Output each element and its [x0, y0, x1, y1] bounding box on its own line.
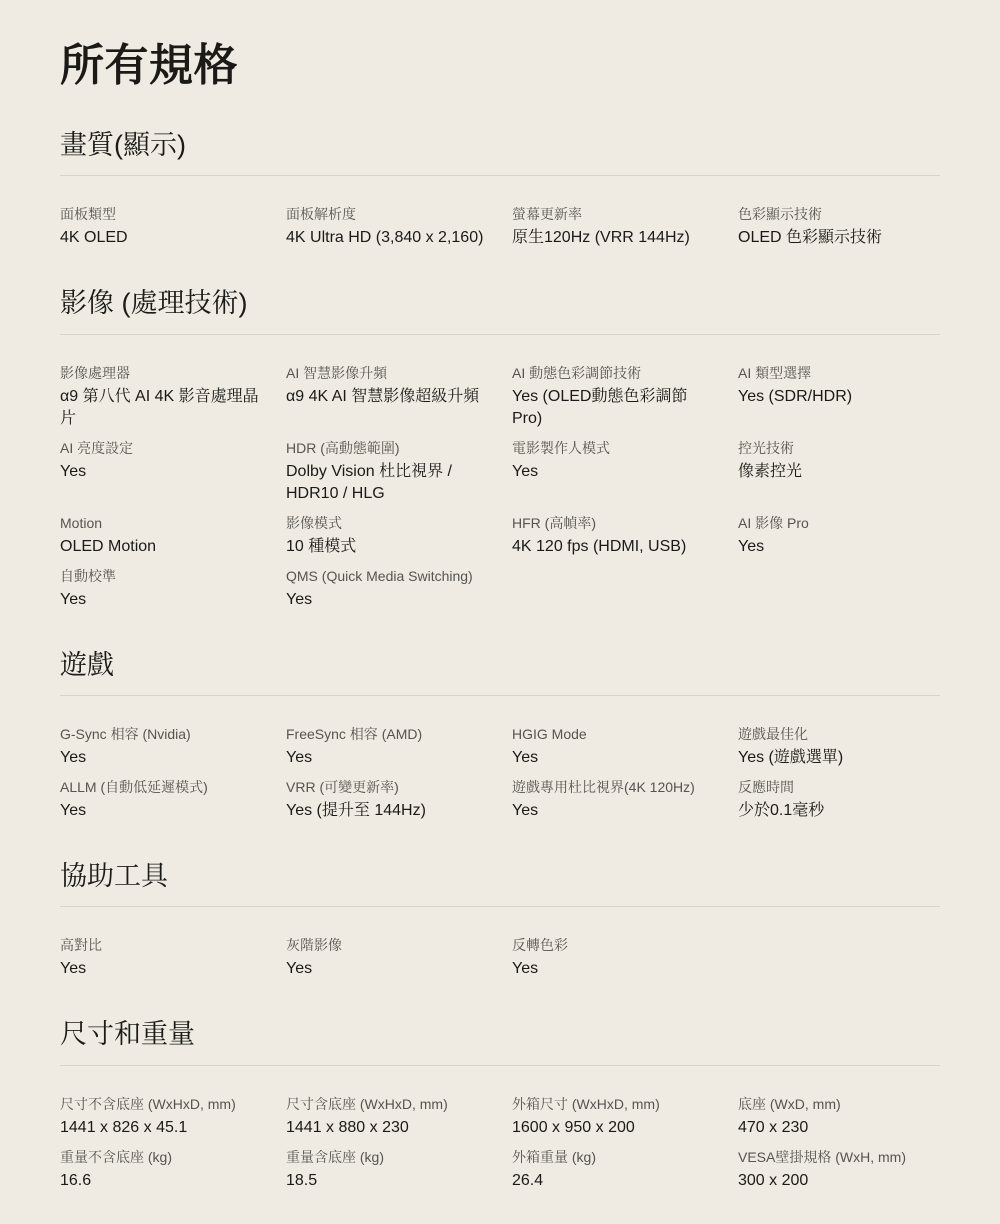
spec-label: 灰階影像: [286, 935, 488, 955]
spec-value: Yes: [286, 958, 488, 980]
spec-label: 尺寸含底座 (WxHxD, mm): [286, 1094, 488, 1114]
spec-value: 10 種模式: [286, 536, 488, 558]
spec-value: Yes (SDR/HDR): [738, 386, 940, 408]
spec-cell: 遊戲專用杜比視界(4K 120Hz) Yes: [512, 777, 714, 822]
spec-label: 底座 (WxD, mm): [738, 1094, 940, 1114]
spec-cell: Motion OLED Motion: [60, 513, 262, 558]
spec-value: Yes: [60, 747, 262, 769]
spec-value: OLED Motion: [60, 536, 262, 558]
spec-cell: 影像處理器 α9 第八代 AI 4K 影音處理晶片: [60, 363, 262, 430]
spec-label: 重量含底座 (kg): [286, 1147, 488, 1167]
section-gaming: 遊戲 G-Sync 相容 (Nvidia) Yes FreeSync 相容 (A…: [60, 649, 940, 830]
spec-label: AI 智慧影像升頻: [286, 363, 488, 383]
section-divider: [60, 906, 940, 907]
spec-value: 像素控光: [738, 461, 940, 483]
spec-value: OLED 色彩顯示技術: [738, 227, 940, 249]
spec-label: VESA壁掛規格 (WxH, mm): [738, 1147, 940, 1167]
specs-page: 所有規格 畫質(顯示) 面板類型 4K OLED 面板解析度 4K Ultra …: [0, 0, 1000, 1224]
spec-cell: 尺寸含底座 (WxHxD, mm) 1441 x 880 x 230: [286, 1094, 488, 1139]
spec-label: HGIG Mode: [512, 724, 714, 744]
spec-label: 影像處理器: [60, 363, 262, 383]
spec-value: 少於0.1毫秒: [738, 800, 940, 822]
spec-label: 螢幕更新率: [512, 204, 714, 224]
section-accessibility: 協助工具 高對比 Yes 灰階影像 Yes 反轉色彩 Yes: [60, 860, 940, 988]
spec-value: Dolby Vision 杜比視界 / HDR10 / HLG: [286, 461, 488, 505]
spec-label: Motion: [60, 513, 262, 533]
spec-label: 面板類型: [60, 204, 262, 224]
spec-value: 26.4: [512, 1170, 714, 1192]
spec-cell: G-Sync 相容 (Nvidia) Yes: [60, 724, 262, 769]
section-video: 影像 (處理技術) 影像處理器 α9 第八代 AI 4K 影音處理晶片 AI 智…: [60, 287, 940, 618]
spec-label: QMS (Quick Media Switching): [286, 566, 488, 586]
spec-cell: AI 動態色彩調節技術 Yes (OLED動態色彩調節Pro): [512, 363, 714, 430]
spec-grid-display: 面板類型 4K OLED 面板解析度 4K Ultra HD (3,840 x …: [60, 204, 940, 257]
spec-label: 外箱重量 (kg): [512, 1147, 714, 1167]
spec-grid-video: 影像處理器 α9 第八代 AI 4K 影音處理晶片 AI 智慧影像升頻 α9 4…: [60, 363, 940, 619]
spec-cell: 遊戲最佳化 Yes (遊戲選單): [738, 724, 940, 769]
spec-label: HDR (高動態範圍): [286, 438, 488, 458]
section-divider: [60, 1065, 940, 1066]
spec-cell: HGIG Mode Yes: [512, 724, 714, 769]
spec-label: 尺寸不含底座 (WxHxD, mm): [60, 1094, 262, 1114]
spec-cell: VESA壁掛規格 (WxH, mm) 300 x 200: [738, 1147, 940, 1192]
spec-label: 色彩顯示技術: [738, 204, 940, 224]
spec-value: Yes (OLED動態色彩調節Pro): [512, 386, 714, 430]
spec-label: 高對比: [60, 935, 262, 955]
spec-cell: VRR (可變更新率) Yes (提升至 144Hz): [286, 777, 488, 822]
spec-value: Yes: [286, 589, 488, 611]
spec-value: Yes: [60, 589, 262, 611]
spec-grid-gaming: G-Sync 相容 (Nvidia) Yes FreeSync 相容 (AMD)…: [60, 724, 940, 830]
spec-label: 遊戲最佳化: [738, 724, 940, 744]
spec-label: AI 動態色彩調節技術: [512, 363, 714, 383]
spec-cell: 灰階影像 Yes: [286, 935, 488, 980]
spec-cell: AI 類型選擇 Yes (SDR/HDR): [738, 363, 940, 408]
spec-cell: 電影製作人模式 Yes: [512, 438, 714, 483]
spec-value: Yes: [512, 800, 714, 822]
spec-cell: 重量不含底座 (kg) 16.6: [60, 1147, 262, 1192]
spec-cell: 影像模式 10 種模式: [286, 513, 488, 558]
spec-cell: 重量含底座 (kg) 18.5: [286, 1147, 488, 1192]
spec-value: α9 第八代 AI 4K 影音處理晶片: [60, 386, 262, 430]
spec-label: 反轉色彩: [512, 935, 714, 955]
spec-cell: 尺寸不含底座 (WxHxD, mm) 1441 x 826 x 45.1: [60, 1094, 262, 1139]
spec-label: 自動校準: [60, 566, 262, 586]
spec-value: 4K OLED: [60, 227, 262, 249]
spec-value: 4K 120 fps (HDMI, USB): [512, 536, 714, 558]
spec-cell: ALLM (自動低延遲模式) Yes: [60, 777, 262, 822]
section-title-display: 畫質(顯示): [60, 129, 940, 161]
spec-cell: AI 影像 Pro Yes: [738, 513, 940, 558]
spec-cell: AI 智慧影像升頻 α9 4K AI 智慧影像超級升頻: [286, 363, 488, 408]
spec-cell: HFR (高幀率) 4K 120 fps (HDMI, USB): [512, 513, 714, 558]
spec-value: α9 4K AI 智慧影像超級升頻: [286, 386, 488, 408]
spec-label: 反應時間: [738, 777, 940, 797]
spec-label: AI 類型選擇: [738, 363, 940, 383]
spec-value: 原生120Hz (VRR 144Hz): [512, 227, 714, 249]
page-title: 所有規格: [60, 40, 940, 93]
spec-value: Yes: [60, 958, 262, 980]
section-title-dimensions: 尺寸和重量: [60, 1018, 940, 1050]
spec-label: ALLM (自動低延遲模式): [60, 777, 262, 797]
spec-cell: 高對比 Yes: [60, 935, 262, 980]
section-display: 畫質(顯示) 面板類型 4K OLED 面板解析度 4K Ultra HD (3…: [60, 129, 940, 257]
spec-label: AI 影像 Pro: [738, 513, 940, 533]
spec-value: 300 x 200: [738, 1170, 940, 1192]
spec-label: VRR (可變更新率): [286, 777, 488, 797]
spec-value: 1441 x 826 x 45.1: [60, 1117, 262, 1139]
spec-grid-dimensions: 尺寸不含底座 (WxHxD, mm) 1441 x 826 x 45.1 尺寸含…: [60, 1094, 940, 1200]
spec-value: Yes: [286, 747, 488, 769]
spec-label: FreeSync 相容 (AMD): [286, 724, 488, 744]
spec-cell: 色彩顯示技術 OLED 色彩顯示技術: [738, 204, 940, 249]
spec-value: Yes: [60, 461, 262, 483]
spec-grid-accessibility: 高對比 Yes 灰階影像 Yes 反轉色彩 Yes: [60, 935, 940, 988]
section-divider: [60, 175, 940, 176]
spec-cell: 外箱尺寸 (WxHxD, mm) 1600 x 950 x 200: [512, 1094, 714, 1139]
spec-value: 16.6: [60, 1170, 262, 1192]
spec-value: Yes (提升至 144Hz): [286, 800, 488, 822]
spec-cell: FreeSync 相容 (AMD) Yes: [286, 724, 488, 769]
spec-cell: 控光技術 像素控光: [738, 438, 940, 483]
section-title-gaming: 遊戲: [60, 649, 940, 681]
spec-label: 遊戲專用杜比視界(4K 120Hz): [512, 777, 714, 797]
section-divider: [60, 695, 940, 696]
spec-cell: 反轉色彩 Yes: [512, 935, 714, 980]
spec-cell: 面板解析度 4K Ultra HD (3,840 x 2,160): [286, 204, 488, 249]
spec-value: Yes: [512, 747, 714, 769]
spec-label: 控光技術: [738, 438, 940, 458]
section-title-video: 影像 (處理技術): [60, 287, 940, 319]
spec-label: G-Sync 相容 (Nvidia): [60, 724, 262, 744]
section-title-accessibility: 協助工具: [60, 860, 940, 892]
spec-cell: 反應時間 少於0.1毫秒: [738, 777, 940, 822]
spec-cell: 外箱重量 (kg) 26.4: [512, 1147, 714, 1192]
spec-value: 4K Ultra HD (3,840 x 2,160): [286, 227, 488, 249]
spec-label: 影像模式: [286, 513, 488, 533]
spec-label: HFR (高幀率): [512, 513, 714, 533]
spec-label: 電影製作人模式: [512, 438, 714, 458]
spec-label: 面板解析度: [286, 204, 488, 224]
spec-value: Yes: [512, 461, 714, 483]
spec-value: Yes: [512, 958, 714, 980]
spec-cell: 螢幕更新率 原生120Hz (VRR 144Hz): [512, 204, 714, 249]
section-dimensions: 尺寸和重量 尺寸不含底座 (WxHxD, mm) 1441 x 826 x 45…: [60, 1018, 940, 1199]
spec-value: Yes: [60, 800, 262, 822]
section-divider: [60, 334, 940, 335]
spec-value: Yes (遊戲選單): [738, 747, 940, 769]
spec-value: Yes: [738, 536, 940, 558]
spec-value: 470 x 230: [738, 1117, 940, 1139]
spec-label: AI 亮度設定: [60, 438, 262, 458]
spec-cell: 底座 (WxD, mm) 470 x 230: [738, 1094, 940, 1139]
spec-cell: HDR (高動態範圍) Dolby Vision 杜比視界 / HDR10 / …: [286, 438, 488, 505]
spec-value: 18.5: [286, 1170, 488, 1192]
spec-value: 1600 x 950 x 200: [512, 1117, 714, 1139]
spec-label: 重量不含底座 (kg): [60, 1147, 262, 1167]
spec-cell: 面板類型 4K OLED: [60, 204, 262, 249]
spec-cell: AI 亮度設定 Yes: [60, 438, 262, 483]
spec-value: 1441 x 880 x 230: [286, 1117, 488, 1139]
spec-cell: 自動校準 Yes: [60, 566, 262, 611]
spec-label: 外箱尺寸 (WxHxD, mm): [512, 1094, 714, 1114]
spec-cell: QMS (Quick Media Switching) Yes: [286, 566, 488, 611]
